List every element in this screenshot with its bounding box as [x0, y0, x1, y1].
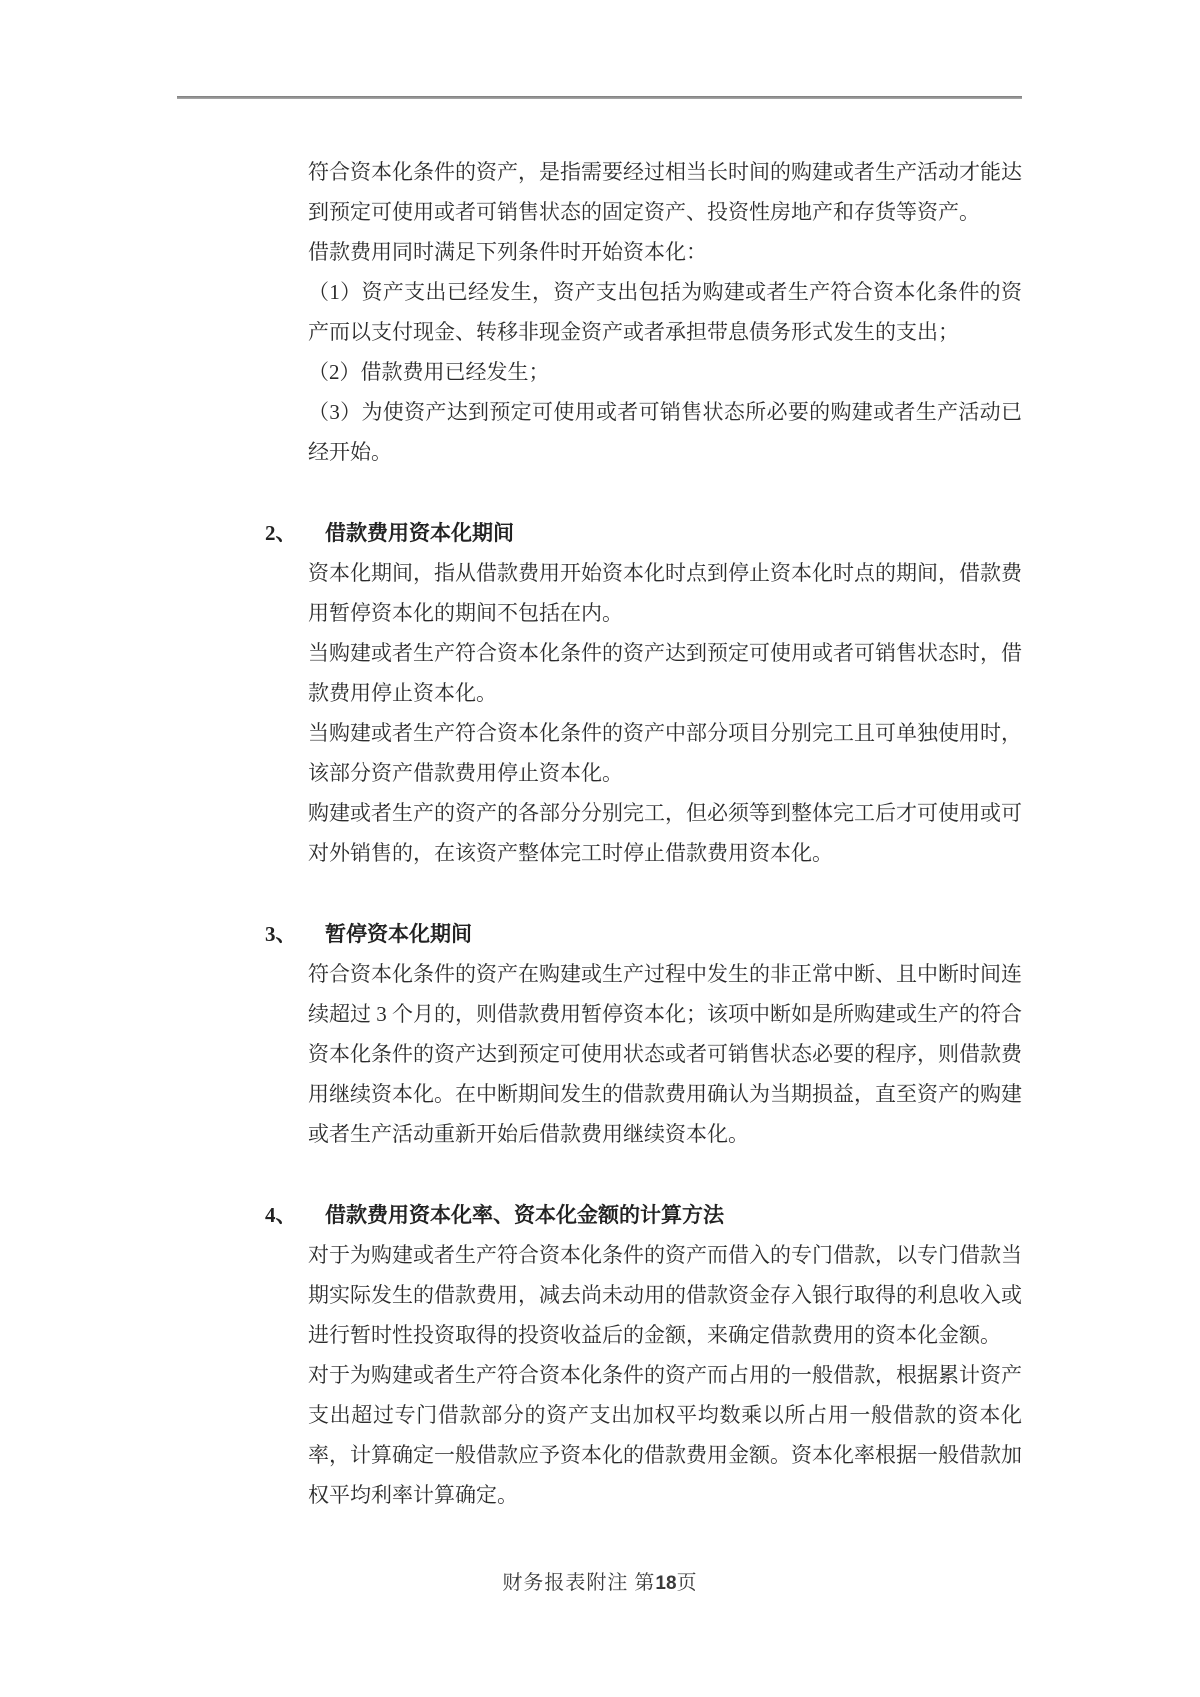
document-body: 符合资本化条件的资产，是指需要经过相当长时间的购建或者生产活动才能达到预定可使用…: [308, 152, 1022, 1515]
body-paragraph: 当购建或者生产符合资本化条件的资产达到预定可使用或者可销售状态时，借款费用停止资…: [308, 633, 1022, 713]
intro-paragraph: 借款费用同时满足下列条件时开始资本化：: [308, 232, 1022, 272]
body-paragraph: 对于为购建或者生产符合资本化条件的资产而借入的专门借款，以专门借款当期实际发生的…: [308, 1235, 1022, 1355]
section-borrowing-cost-period: 2、 借款费用资本化期间 资本化期间，指从借款费用开始资本化时点到停止资本化时点…: [308, 513, 1022, 873]
section-capitalization-rate: 4、 借款费用资本化率、资本化金额的计算方法 对于为购建或者生产符合资本化条件的…: [308, 1195, 1022, 1515]
section-number: 4、: [265, 1195, 297, 1235]
section-heading: 3、 暂停资本化期间: [308, 914, 1022, 954]
section-title: 借款费用资本化期间: [325, 521, 514, 545]
body-paragraph: 购建或者生产的资产的各部分分别完工，但必须等到整体完工后才可使用或可对外销售的，…: [308, 793, 1022, 873]
section-title: 借款费用资本化率、资本化金额的计算方法: [325, 1203, 724, 1227]
footer-suffix: 页: [677, 1572, 698, 1594]
intro-paragraph: （3）为使资产达到预定可使用或者可销售状态所必要的购建或者生产活动已经开始。: [308, 392, 1022, 472]
intro-paragraph: 符合资本化条件的资产，是指需要经过相当长时间的购建或者生产活动才能达到预定可使用…: [308, 152, 1022, 232]
body-paragraph: 符合资本化条件的资产在购建或生产过程中发生的非正常中断、且中断时间连续超过 3 …: [308, 954, 1022, 1154]
section-number: 3、: [265, 914, 297, 954]
intro-paragraph: （2）借款费用已经发生；: [308, 352, 1022, 392]
body-paragraph: 资本化期间，指从借款费用开始资本化时点到停止资本化时点的期间，借款费用暂停资本化…: [308, 553, 1022, 633]
page: 符合资本化条件的资产，是指需要经过相当长时间的购建或者生产活动才能达到预定可使用…: [0, 0, 1200, 1697]
body-paragraph: 当购建或者生产符合资本化条件的资产中部分项目分别完工且可单独使用时，该部分资产借…: [308, 713, 1022, 793]
page-footer: 财务报表附注 第18页: [0, 1568, 1200, 1599]
footer-label: 财务报表附注 第: [502, 1572, 655, 1594]
section-suspension-period: 3、 暂停资本化期间 符合资本化条件的资产在购建或生产过程中发生的非正常中断、且…: [308, 914, 1022, 1154]
body-paragraph: 对于为购建或者生产符合资本化条件的资产而占用的一般借款，根据累计资产支出超过专门…: [308, 1355, 1022, 1515]
section-heading: 4、 借款费用资本化率、资本化金额的计算方法: [308, 1195, 1022, 1235]
section-title: 暂停资本化期间: [325, 922, 472, 946]
section-number: 2、: [265, 513, 297, 553]
section-heading: 2、 借款费用资本化期间: [308, 513, 1022, 553]
footer-page-number: 18: [655, 1573, 676, 1594]
header-rule: [177, 96, 1022, 99]
intro-paragraph: （1）资产支出已经发生，资产支出包括为购建或者生产符合资本化条件的资产而以支付现…: [308, 272, 1022, 352]
